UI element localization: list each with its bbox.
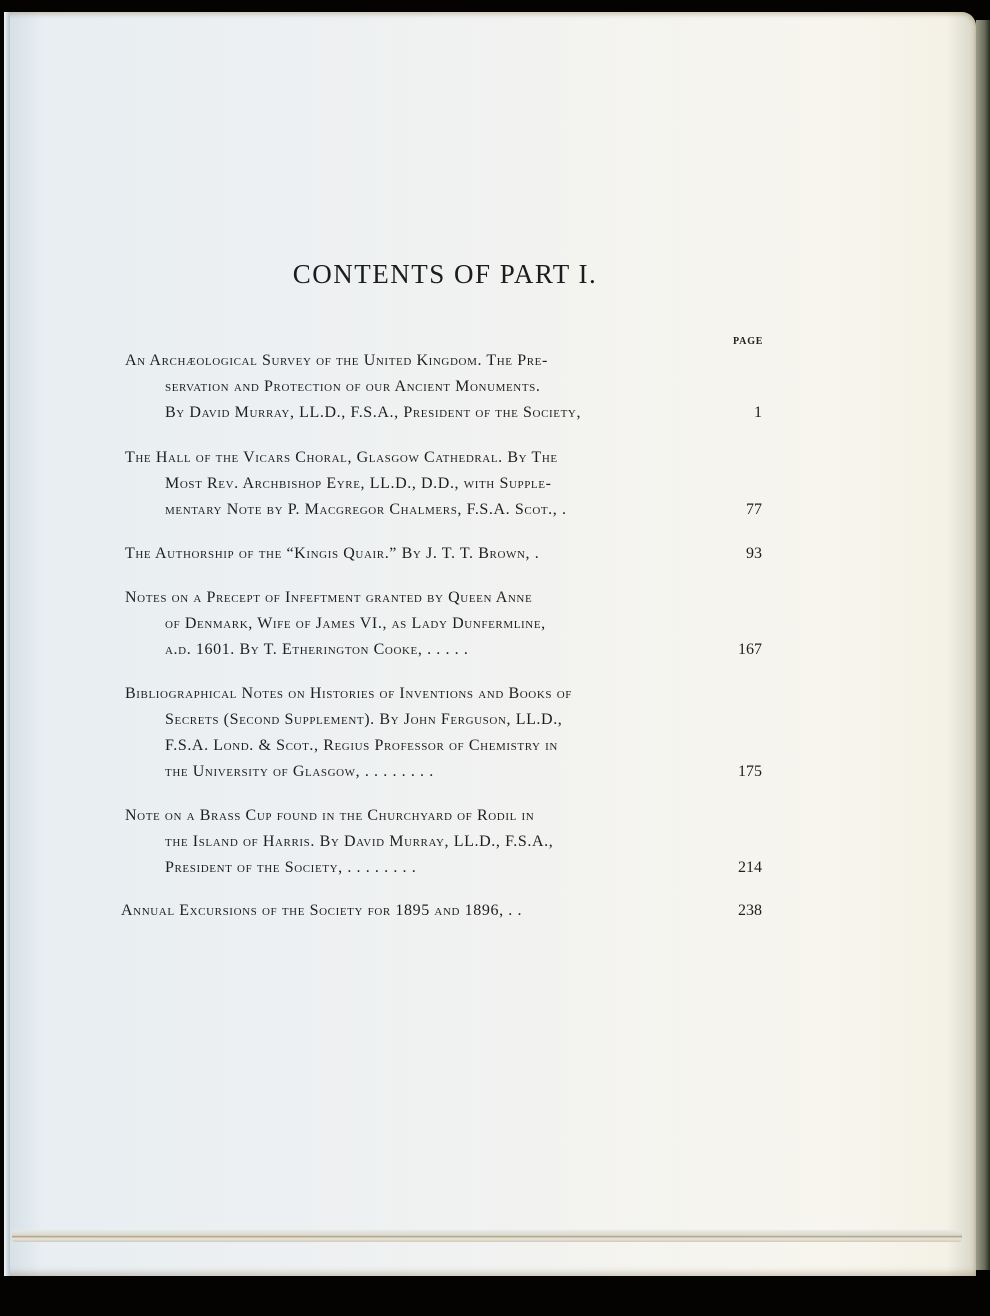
toc-entry-line: Most Rev. Archbishop Eyre, LL.D., D.D., … [165, 471, 552, 497]
toc-entry-line: Annual Excursions of the Society for 189… [121, 898, 522, 924]
toc-entry-line: The Hall of the Vicars Choral, Glasgow C… [125, 445, 558, 471]
toc-entry-line: Secrets (Second Supplement). By John Fer… [165, 707, 562, 733]
toc-entry-line: The Authorship of the “Kingis Quair.” By… [125, 541, 539, 567]
toc-page-number: 1 [722, 400, 762, 426]
book-spine-edge-right [976, 20, 990, 1270]
deckle-edge-bottom [12, 1230, 962, 1242]
toc-entry-line: the University of Glasgow, . . . . . . .… [165, 759, 434, 785]
toc-entry-line: Bibliographical Notes on Histories of In… [125, 681, 572, 707]
toc-entry-line: F.S.A. Lond. & Scot., Regius Professor o… [165, 733, 558, 759]
toc-entry-line: Notes on a Precept of Infeftment granted… [125, 585, 532, 611]
toc-page-number: 175 [722, 759, 762, 785]
book-page [4, 12, 976, 1276]
toc-entry-line: the Island of Harris. By David Murray, L… [165, 829, 553, 855]
toc-entry-line: President of the Society, . . . . . . . … [165, 855, 416, 881]
toc-page-number: 214 [722, 855, 762, 881]
toc-page-number: 77 [722, 497, 762, 523]
page-column-header: PAGE [733, 336, 763, 347]
toc-entry-line: An Archæological Survey of the United Ki… [125, 348, 548, 374]
toc-page-number: 93 [722, 541, 762, 567]
toc-page-number: 238 [722, 898, 762, 924]
toc-entry-line: a.d. 1601. By T. Etherington Cooke, . . … [165, 637, 468, 663]
toc-entry-line: By David Murray, LL.D., F.S.A., Presiden… [165, 400, 581, 426]
toc-entry-line: Note on a Brass Cup found in the Churchy… [125, 803, 534, 829]
toc-page-number: 167 [722, 637, 762, 663]
toc-entry-line: of Denmark, Wife of James VI., as Lady D… [165, 611, 546, 637]
page-edge-left [4, 12, 10, 1276]
page-title: CONTENTS OF PART I. [0, 259, 890, 290]
toc-entry-line: mentary Note by P. Macgregor Chalmers, F… [165, 497, 567, 523]
toc-entry-line: servation and Protection of our Ancient … [165, 374, 541, 400]
